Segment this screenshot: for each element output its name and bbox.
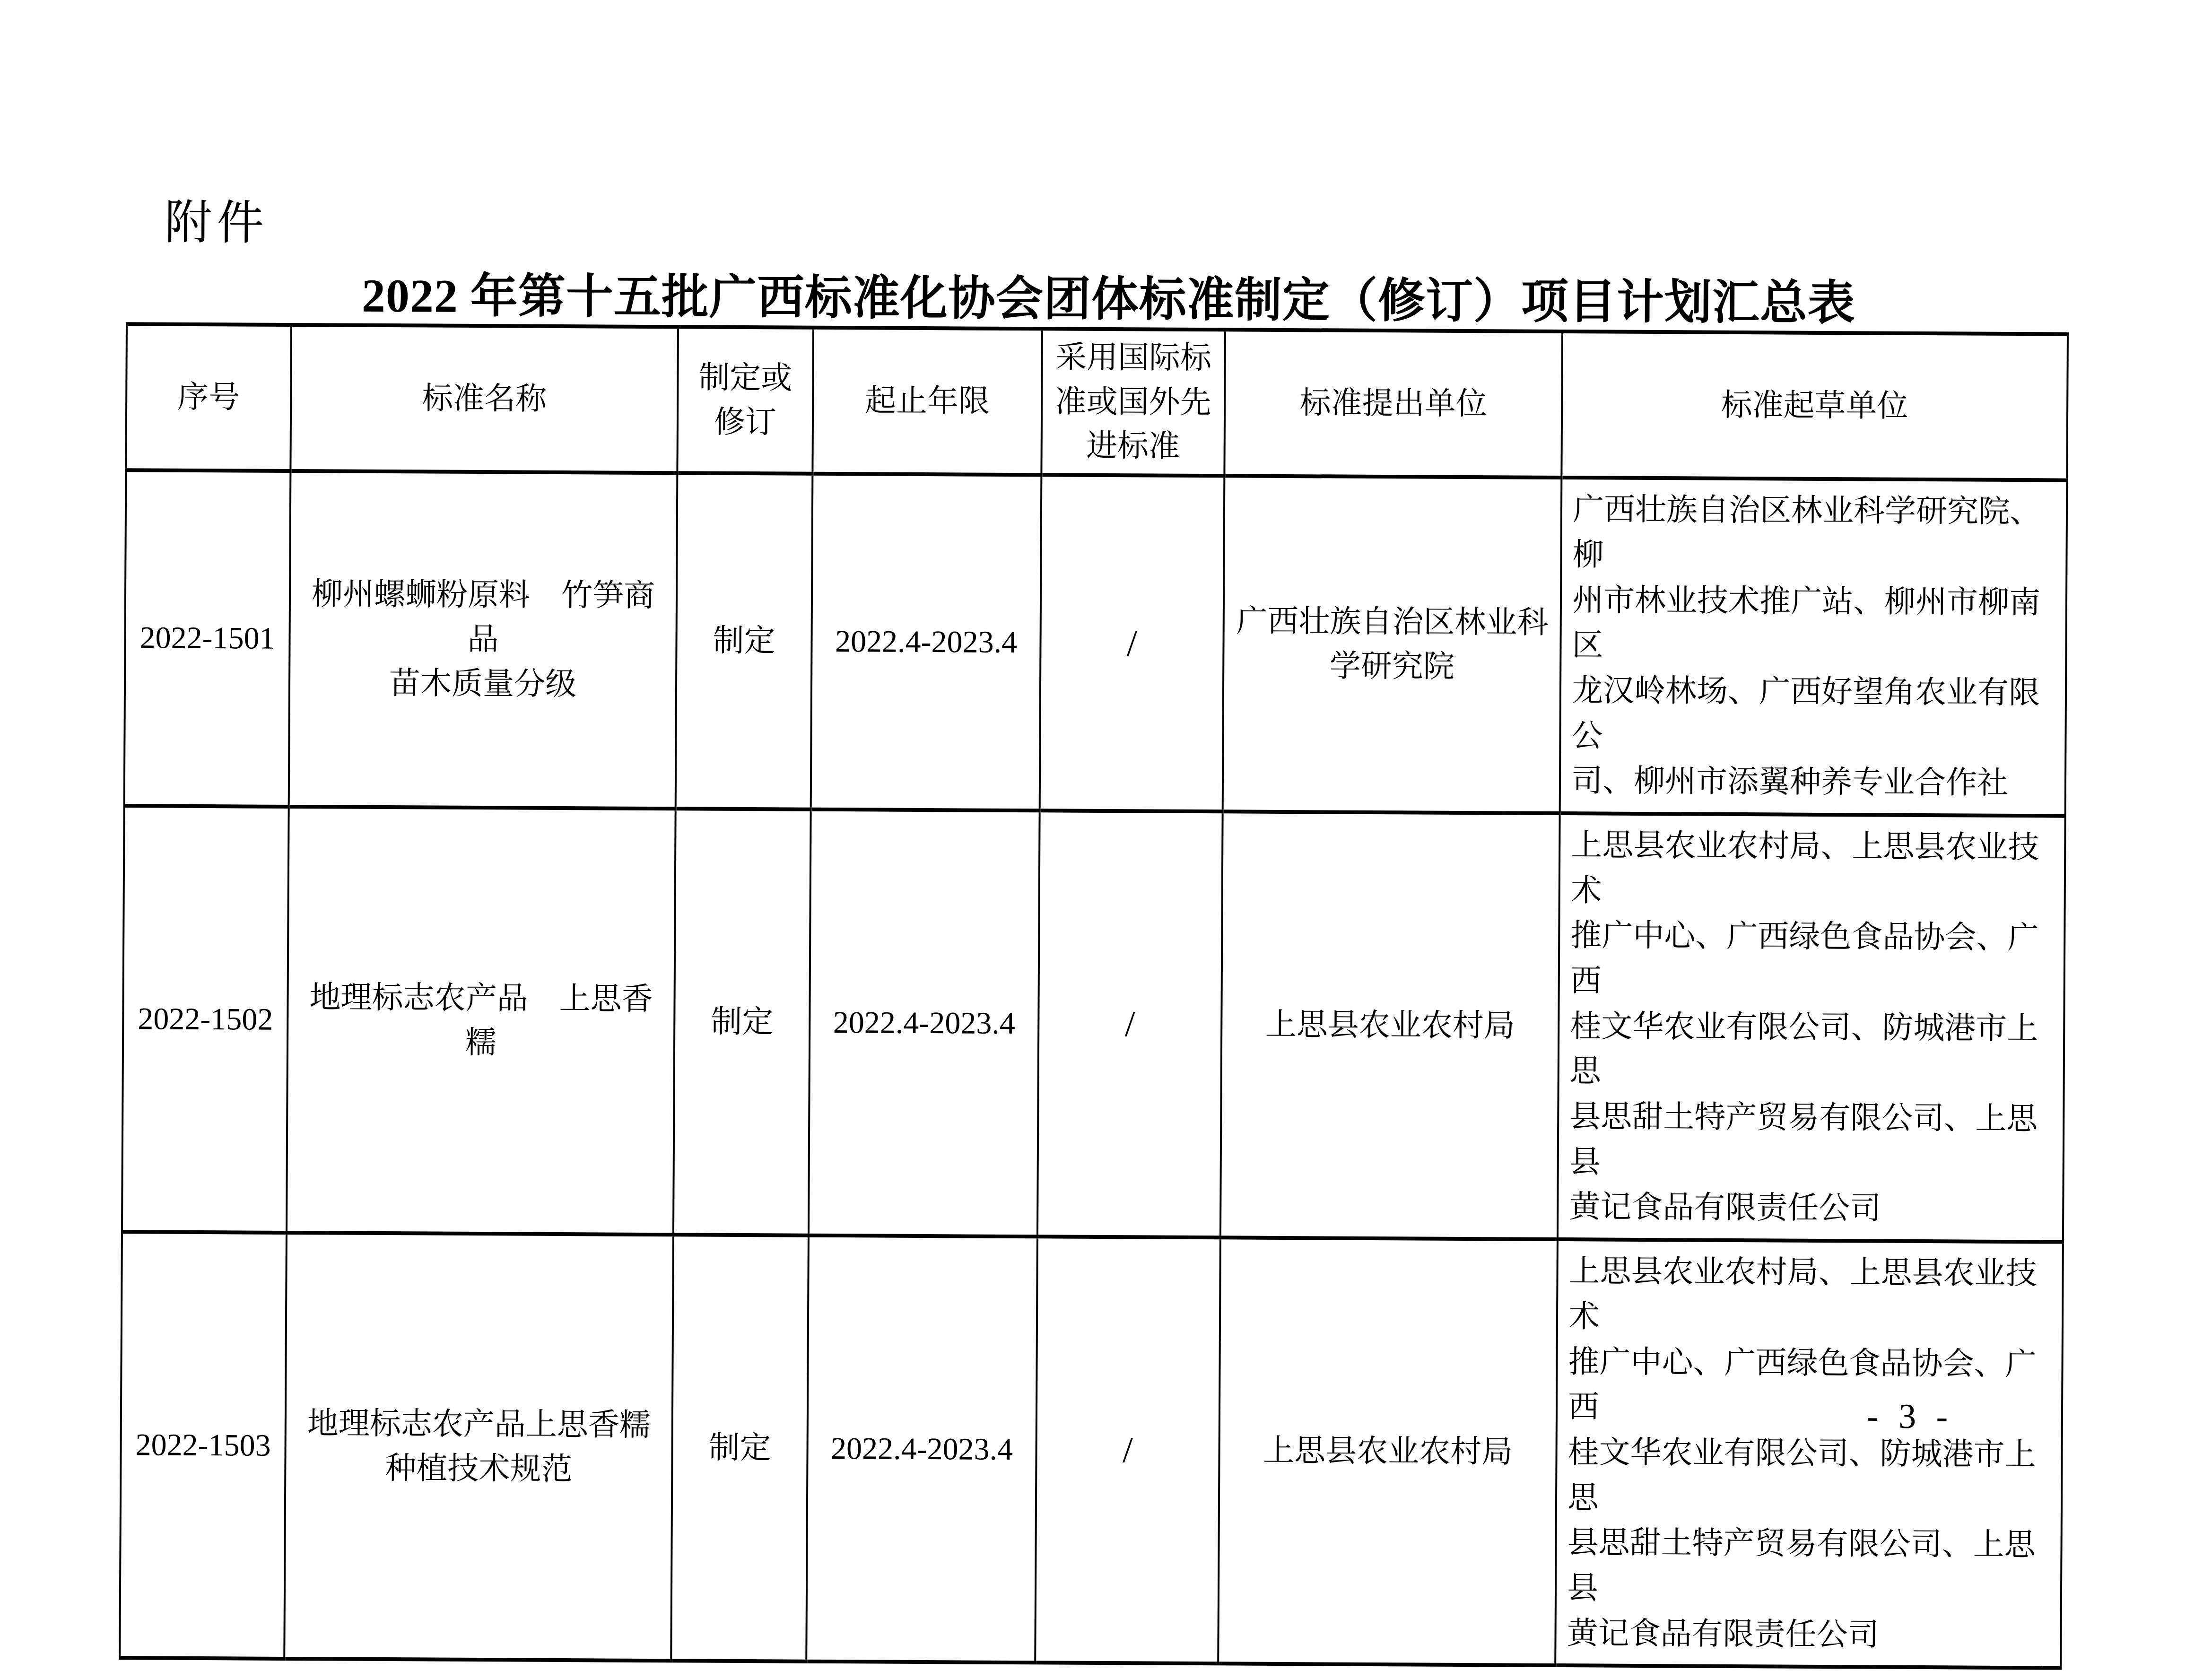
cell-intl-standard: / [1040, 475, 1225, 811]
col-header-proposer: 标准提出单位 [1224, 330, 1562, 478]
cell-proposer: 广西壮族自治区林业科 学研究院 [1223, 476, 1562, 813]
table-row: 2022-1502 地理标志农产品 上思香糯 制定 2022.4-2023.4 … [122, 806, 2065, 1242]
col-header-standard-name: 标准名称 [290, 325, 678, 473]
cell-period: 2022.4-2023.4 [809, 809, 1040, 1237]
table-row: 2022-1503 地理标志农产品上思香糯 种植技术规范 制定 2022.4-2… [120, 1232, 2063, 1668]
cell-period: 2022.4-2023.4 [811, 474, 1042, 810]
col-header-intl-standard: 采用国际标 准或国外先 进标准 [1041, 329, 1225, 476]
cell-standard-name: 柳州螺蛳粉原料 竹笋商品 苗木质量分级 [289, 471, 678, 809]
cell-type: 制定 [673, 809, 811, 1236]
col-header-type: 制定或 修订 [677, 327, 813, 474]
cell-drafter: 上思县农业农村局、上思县农业技术 推广中心、广西绿色食品协会、广西 桂文华农业有… [1558, 813, 2065, 1242]
standards-plan-table: 序号 标准名称 制定或 修订 起止年限 采用国际标 准或国外先 进标准 标准提出… [119, 322, 2069, 1670]
cell-standard-name: 地理标志农产品上思香糯 种植技术规范 [284, 1233, 673, 1661]
cell-drafter: 上思县农业农村局、上思县农业技术 推广中心、广西绿色食品协会、广西 桂文华农业有… [1555, 1239, 2063, 1668]
page-number: - 3 - [1867, 1396, 1954, 1437]
cell-standard-name: 地理标志农产品 上思香糯 [287, 807, 676, 1235]
attachment-label: 附件 [165, 184, 269, 253]
cell-proposer: 上思县农业农村局 [1220, 811, 1560, 1239]
col-header-drafter: 标准起草单位 [1561, 331, 2068, 480]
cell-intl-standard: / [1035, 1236, 1220, 1663]
col-header-seq: 序号 [126, 324, 291, 471]
cell-drafter: 广西壮族自治区林业科学研究院、柳 州市林业技术推广站、柳州市柳南区 龙汉岭林场、… [1560, 478, 2067, 816]
cell-seq: 2022-1503 [120, 1232, 287, 1659]
cell-period: 2022.4-2023.4 [806, 1236, 1037, 1663]
col-header-period: 起止年限 [812, 328, 1042, 475]
scanned-document-page: 附件 2022 年第十五批广西标准化协会团体标准制定（修订）项目计划汇总表 序号… [0, 0, 2212, 1569]
cell-type: 制定 [676, 473, 813, 809]
cell-type: 制定 [671, 1235, 809, 1662]
cell-seq: 2022-1502 [122, 806, 289, 1233]
cell-intl-standard: / [1037, 810, 1223, 1237]
table-header-row: 序号 标准名称 制定或 修订 起止年限 采用国际标 准或国外先 进标准 标准提出… [126, 324, 2068, 480]
cell-seq: 2022-1501 [124, 470, 291, 807]
cell-proposer: 上思县农业农村局 [1218, 1237, 1558, 1665]
table-row: 2022-1501 柳州螺蛳粉原料 竹笋商品 苗木质量分级 制定 2022.4-… [124, 470, 2067, 816]
